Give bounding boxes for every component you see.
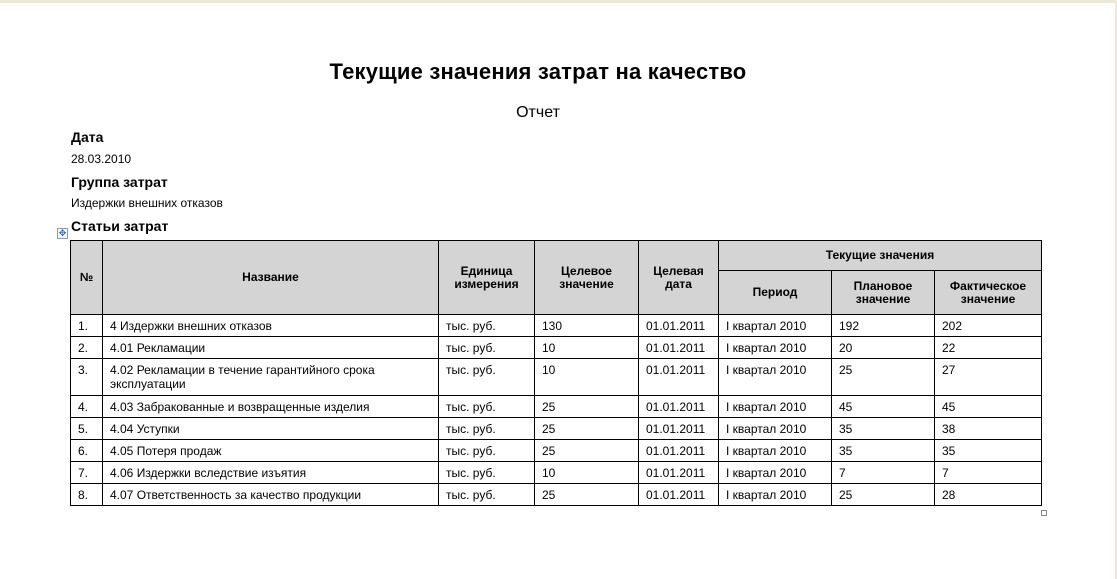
cell-target-date: 01.01.2011 (639, 440, 719, 462)
cell-unit: тыс. руб. (439, 315, 535, 337)
cell-period: I квартал 2010 (719, 315, 832, 337)
cell-planned: 45 (832, 396, 935, 418)
cell-actual: 202 (935, 315, 1042, 337)
cell-target-date: 01.01.2011 (639, 396, 719, 418)
header-period: Период (719, 271, 832, 315)
cell-target-date: 01.01.2011 (639, 359, 719, 396)
header-num: № (71, 241, 103, 315)
cell-num: 4. (71, 396, 103, 418)
cell-num: 5. (71, 418, 103, 440)
header-target-date: Целевая дата (639, 241, 719, 315)
cell-period: I квартал 2010 (719, 359, 832, 396)
date-label: Дата (71, 129, 103, 145)
table-row: 3. 4.02 Рекламации в течение гарантийног… (71, 359, 1042, 396)
cell-name: 4.03 Забракованные и возвращенные издели… (103, 396, 439, 418)
header-name: Название (103, 241, 439, 315)
cell-period: I квартал 2010 (719, 418, 832, 440)
cell-period: I квартал 2010 (719, 484, 832, 506)
table-row: 8. 4.07 Ответственность за качество прод… (71, 484, 1042, 506)
cell-target-date: 01.01.2011 (639, 462, 719, 484)
cell-target-value: 25 (535, 418, 639, 440)
cell-target-value: 25 (535, 396, 639, 418)
cell-target-value: 10 (535, 337, 639, 359)
window-top-border (0, 0, 1117, 3)
cell-period: I квартал 2010 (719, 337, 832, 359)
cell-name: 4 Издержки внешних отказов (103, 315, 439, 337)
cell-planned: 20 (832, 337, 935, 359)
cell-unit: тыс. руб. (439, 440, 535, 462)
cell-planned: 25 (832, 484, 935, 506)
cell-unit: тыс. руб. (439, 396, 535, 418)
cell-num: 8. (71, 484, 103, 506)
cell-actual: 35 (935, 440, 1042, 462)
table-row: 5. 4.04 Уступки тыс. руб. 25 01.01.2011 … (71, 418, 1042, 440)
cell-target-value: 25 (535, 440, 639, 462)
cell-name: 4.04 Уступки (103, 418, 439, 440)
cost-items-table: № Название Единица измерения Целевое зна… (70, 240, 1042, 506)
cell-num: 2. (71, 337, 103, 359)
cell-target-value: 25 (535, 484, 639, 506)
table-row: 4. 4.03 Забракованные и возвращенные изд… (71, 396, 1042, 418)
header-planned: Плановое значение (832, 271, 935, 315)
cell-actual: 28 (935, 484, 1042, 506)
table-row: 1. 4 Издержки внешних отказов тыс. руб. … (71, 315, 1042, 337)
cell-planned: 7 (832, 462, 935, 484)
cell-planned: 192 (832, 315, 935, 337)
cell-name: 4.02 Рекламации в течение гарантийного с… (103, 359, 439, 396)
report-title: Текущие значения затрат на качество (0, 59, 1076, 85)
cell-actual: 22 (935, 337, 1042, 359)
cell-period: I квартал 2010 (719, 440, 832, 462)
cell-planned: 35 (832, 440, 935, 462)
cell-name: 4.05 Потеря продаж (103, 440, 439, 462)
report-subtitle: Отчет (0, 104, 1076, 122)
table-row: 6. 4.05 Потеря продаж тыс. руб. 25 01.01… (71, 440, 1042, 462)
cell-period: I квартал 2010 (719, 462, 832, 484)
cell-target-value: 10 (535, 359, 639, 396)
cell-unit: тыс. руб. (439, 484, 535, 506)
cell-target-date: 01.01.2011 (639, 315, 719, 337)
cost-items-label: Статьи затрат (71, 218, 168, 234)
cell-num: 6. (71, 440, 103, 462)
cell-target-value: 130 (535, 315, 639, 337)
cell-unit: тыс. руб. (439, 418, 535, 440)
cell-name: 4.06 Издержки вследствие изъятия (103, 462, 439, 484)
table-row: 7. 4.06 Издержки вследствие изъятия тыс.… (71, 462, 1042, 484)
cell-unit: тыс. руб. (439, 359, 535, 396)
cell-target-date: 01.01.2011 (639, 418, 719, 440)
header-current-values: Текущие значения (719, 241, 1042, 271)
table-resize-icon[interactable] (1041, 510, 1047, 516)
cell-num: 1. (71, 315, 103, 337)
cost-group-label: Группа затрат (71, 174, 168, 190)
date-value: 28.03.2010 (71, 152, 131, 166)
cell-target-date: 01.01.2011 (639, 337, 719, 359)
cell-name: 4.07 Ответственность за качество продукц… (103, 484, 439, 506)
cell-planned: 25 (832, 359, 935, 396)
cell-actual: 7 (935, 462, 1042, 484)
cell-actual: 38 (935, 418, 1042, 440)
cell-unit: тыс. руб. (439, 462, 535, 484)
cell-target-value: 10 (535, 462, 639, 484)
cell-unit: тыс. руб. (439, 337, 535, 359)
cell-actual: 45 (935, 396, 1042, 418)
header-actual: Фактическое значение (935, 271, 1042, 315)
cell-planned: 35 (832, 418, 935, 440)
cell-num: 3. (71, 359, 103, 396)
cell-num: 7. (71, 462, 103, 484)
cost-group-value: Издержки внешних отказов (71, 196, 223, 210)
cell-actual: 27 (935, 359, 1042, 396)
table-row: 2. 4.01 Рекламации тыс. руб. 10 01.01.20… (71, 337, 1042, 359)
cell-target-date: 01.01.2011 (639, 484, 719, 506)
cell-period: I квартал 2010 (719, 396, 832, 418)
header-unit: Единица измерения (439, 241, 535, 315)
header-target-value: Целевое значение (535, 241, 639, 315)
table-move-icon[interactable]: ✥ (57, 228, 68, 239)
cell-name: 4.01 Рекламации (103, 337, 439, 359)
